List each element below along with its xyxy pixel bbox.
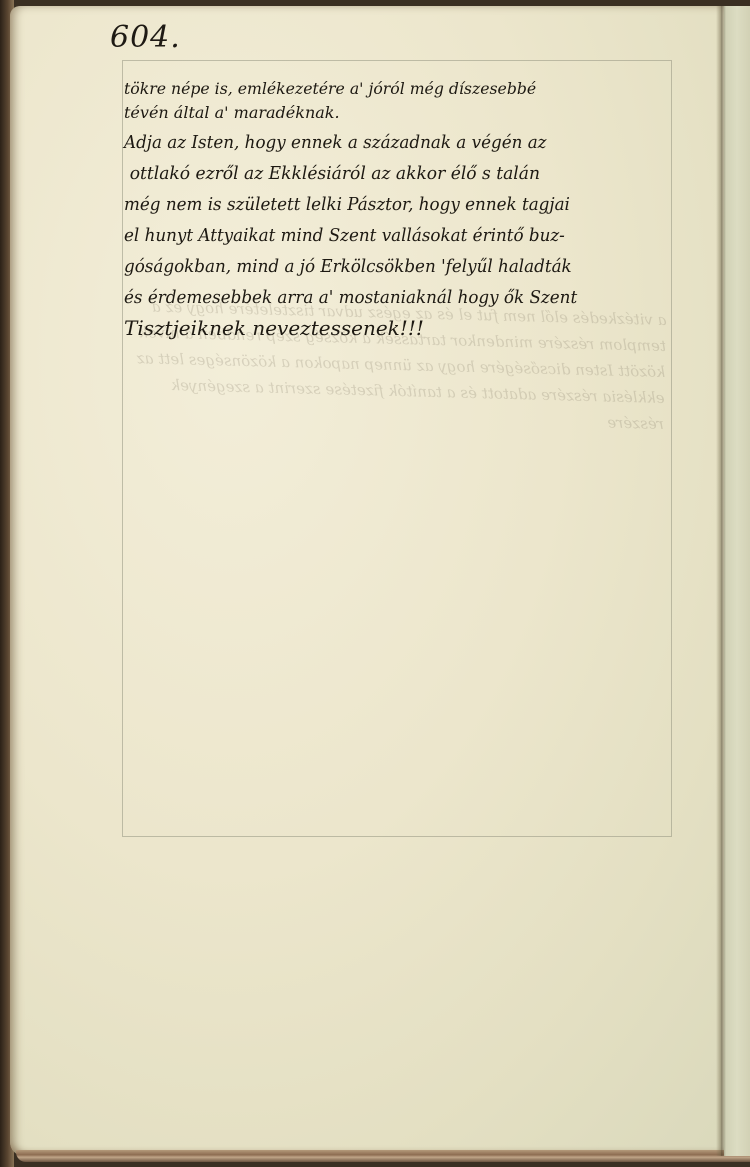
text-line-8: és érdemesebbek arra a' mostaniaknál hog…	[124, 282, 654, 313]
text-line-5: még nem is született lelki Pásztor, hogy…	[124, 189, 654, 220]
text-line-3: Adja az Isten, hogy ennek a századnak a …	[124, 127, 654, 158]
text-line-1: tökre népe is, emlékezetére a' jóról még…	[124, 77, 683, 101]
text-line-4: ottlakó ezről az Ekklésiáról az akkor él…	[124, 158, 666, 189]
text-line-7: góságokban, mind a jó Erkölcsökben 'fely…	[124, 251, 654, 282]
adjacent-leaf	[724, 6, 750, 1156]
bleed-through-text: a vitézkedés elől nem fut el és az egész…	[123, 293, 667, 847]
text-line-9: Tisztjeiknek neveztessenek!!!	[124, 313, 694, 344]
page-bottom-edge	[16, 1150, 750, 1162]
gutter-fold	[716, 6, 726, 1156]
page-number: 604.	[110, 20, 181, 55]
text-line-2: tévén által a' maradéknak.	[124, 101, 694, 125]
text-line-6: el hunyt Attyaikat mind Szent vallásokat…	[124, 220, 654, 251]
manuscript-text: tökre népe is, emlékezetére a' jóról még…	[124, 55, 694, 344]
